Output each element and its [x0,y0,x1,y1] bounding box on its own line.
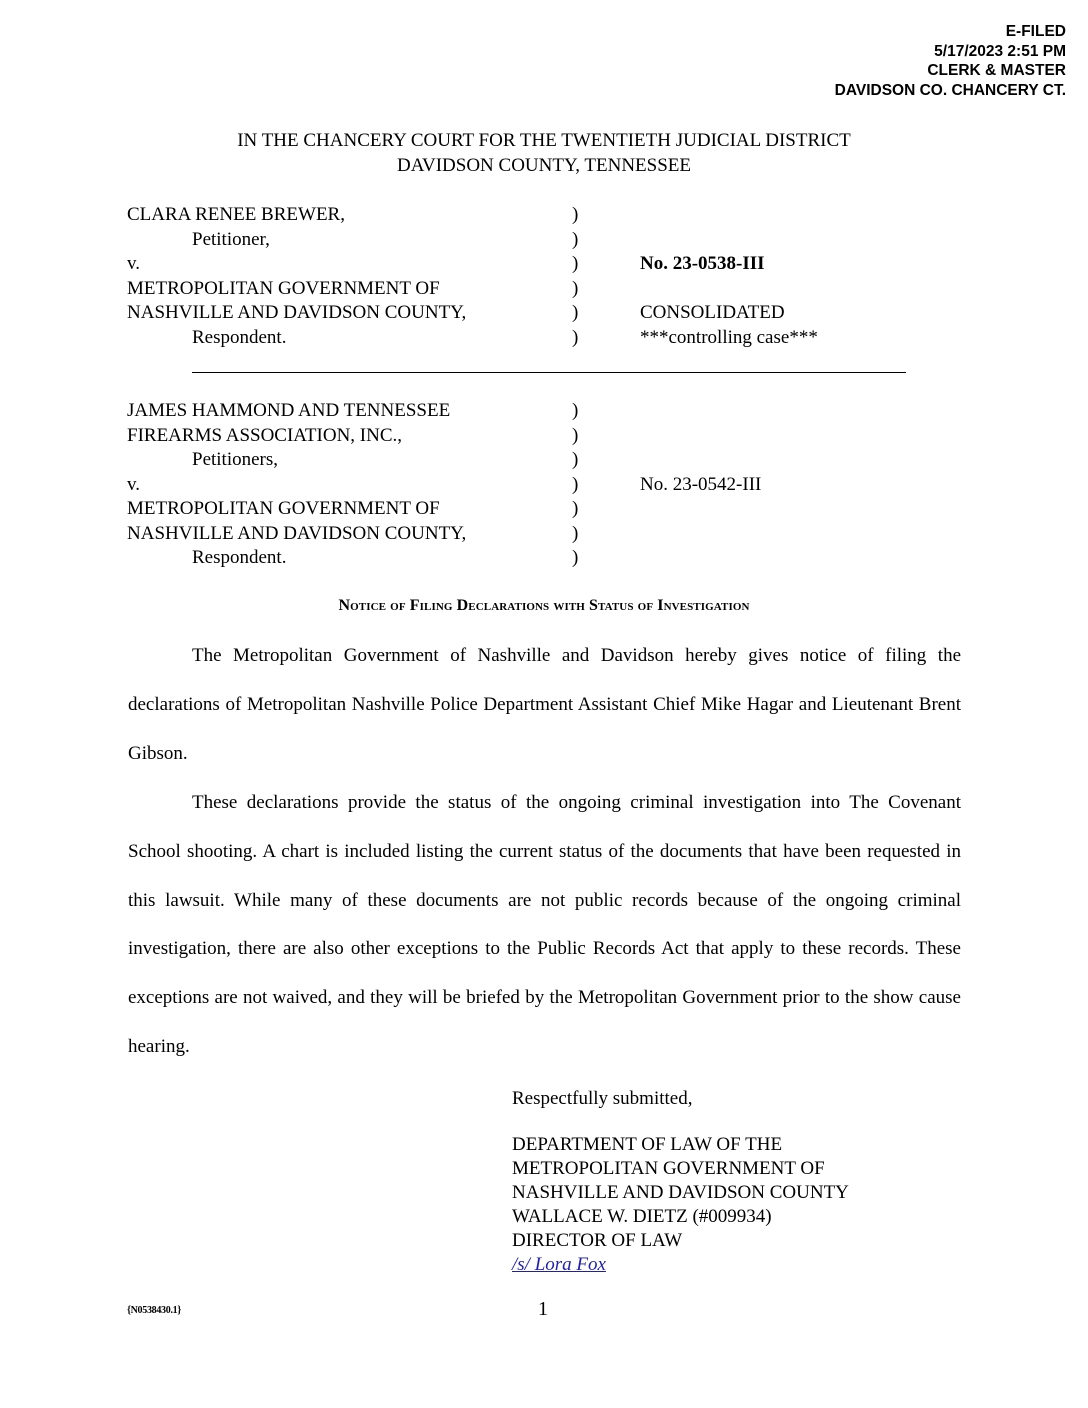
caption-paren: ) [572,399,578,424]
court-title: IN THE CHANCERY COURT FOR THE TWENTIETH … [0,129,1088,178]
case1-controlling-note: ***controlling case*** [640,326,818,351]
caption-paren: ) [572,497,578,522]
body-paragraph-1: The Metropolitan Government of Nashville… [128,632,961,778]
document-heading: Notice of Filing Declarations with Statu… [0,597,1088,615]
caption-separator [192,372,906,373]
caption-paren: ) [572,473,578,498]
case1-versus: v. [127,252,140,277]
case1-respondent-line1: METROPOLITAN GOVERNMENT OF [127,277,440,302]
signer-link[interactable]: /s/ Lora Fox [512,1254,606,1275]
court-title-line2: DAVIDSON COUNTY, TENNESSEE [0,154,1088,179]
efile-timestamp: 5/17/2023 2:51 PM [835,42,1066,62]
caption-paren: ) [572,228,578,253]
caption-paren: ) [572,252,578,277]
document-id: {N0538430.1} [127,1305,181,1316]
caption-paren: ) [572,203,578,228]
case2-versus: v. [127,473,140,498]
caption-paren: ) [572,424,578,449]
caption-paren: ) [572,448,578,473]
signature-closing: Respectfully submitted, [512,1087,692,1111]
case2-petitioner-line2: FIREARMS ASSOCIATION, INC., [127,424,402,449]
efile-status: E-FILED [835,22,1066,42]
case2-number: No. 23-0542-III [640,473,761,498]
case1-petitioner-role: Petitioner, [127,228,270,253]
case1-petitioner-name: CLARA RENEE BREWER, [127,203,345,228]
caption-paren: ) [572,522,578,547]
case1-respondent-line2: NASHVILLE AND DAVIDSON COUNTY, [127,301,466,326]
signature-line-4: WALLACE W. DIETZ (#009934) [512,1205,849,1229]
case1-respondent-role: Respondent. [127,326,286,351]
signature-block: DEPARTMENT OF LAW OF THE METROPOLITAN GO… [512,1133,849,1277]
signature-line-2: METROPOLITAN GOVERNMENT OF [512,1157,849,1181]
signature-line-3: NASHVILLE AND DAVIDSON COUNTY [512,1181,849,1205]
case1-number: No. 23-0538-III [640,252,765,277]
caption-paren: ) [572,546,578,571]
signature-line-5: DIRECTOR OF LAW [512,1229,849,1253]
case2-petitioner-role: Petitioners, [127,448,278,473]
caption-paren: ) [572,301,578,326]
body-paragraph-2: These declarations provide the status of… [128,779,961,1072]
case2-respondent-line2: NASHVILLE AND DAVIDSON COUNTY, [127,522,466,547]
case2-respondent-line1: METROPOLITAN GOVERNMENT OF [127,497,440,522]
page-number: 1 [538,1298,548,1321]
case1-consolidated: CONSOLIDATED [640,301,785,326]
case2-respondent-role: Respondent. [127,546,286,571]
efile-clerk: CLERK & MASTER [835,61,1066,81]
case2-petitioner-line1: JAMES HAMMOND AND TENNESSEE [127,399,450,424]
court-title-line1: IN THE CHANCERY COURT FOR THE TWENTIETH … [0,129,1088,154]
caption-paren: ) [572,277,578,302]
efile-court: DAVIDSON CO. CHANCERY CT. [835,81,1066,101]
caption-paren: ) [572,326,578,351]
efile-stamp: E-FILED 5/17/2023 2:51 PM CLERK & MASTER… [835,22,1066,100]
signature-line-1: DEPARTMENT OF LAW OF THE [512,1133,849,1157]
